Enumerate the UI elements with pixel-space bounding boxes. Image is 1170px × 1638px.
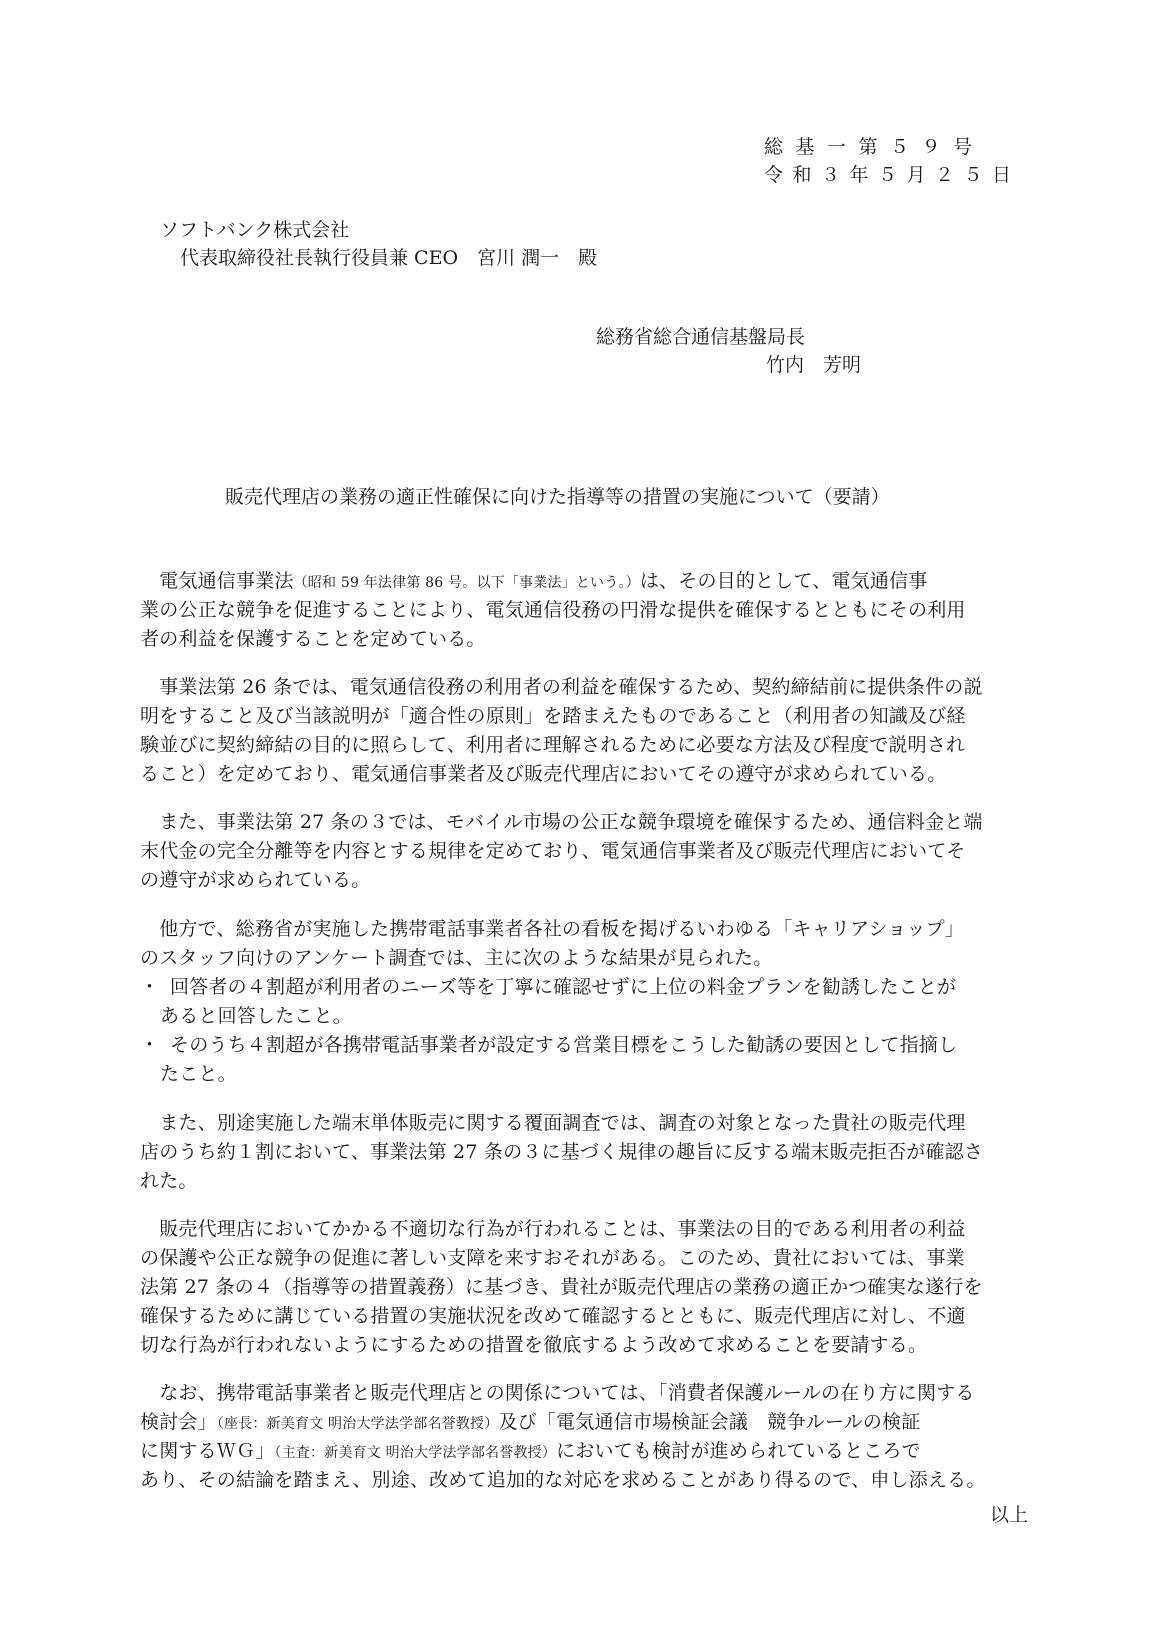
text-span: 及び「電気通信市場検証会議 競争ルールの検証 xyxy=(498,1411,920,1433)
paragraph-line: の遵守が求められている。 xyxy=(140,865,370,892)
paragraph-line: 末代金の完全分離等を内容とする規律を定めており、電気通信事業者及び販売代理店にお… xyxy=(140,836,966,863)
bullet-continuation: あると回答したこと。 xyxy=(160,1001,352,1028)
paragraph-line: なお、携帯電話事業者と販売代理店との関係については、「消費者保護ルールの在り方に… xyxy=(140,1378,975,1405)
paragraph-line: 検討会」（座長：新美育文 明治大学法学部名誉教授）及び「電気通信市場検証会議 競… xyxy=(140,1407,921,1434)
law-citation: （昭和 59 年法律第 86 号。以下「事業法」という。） xyxy=(294,575,640,591)
paragraph-line: また、別途実施した端末単体販売に関する覆面調査では、調査の対象となった貴社の販売… xyxy=(140,1108,966,1135)
sender-name: 竹内 芳明 xyxy=(766,350,861,377)
bullet-continuation: たこと。 xyxy=(160,1059,237,1086)
chair-note: （主査：新美育文 明治大学法学部名誉教授） xyxy=(274,1445,556,1461)
bullet-marker: ・ xyxy=(140,1030,170,1057)
document-date: 令和３年５月２５日 xyxy=(764,160,1021,187)
recipient-company: ソフトバンク株式会社 xyxy=(160,215,349,242)
bullet-marker: ・ xyxy=(140,972,170,999)
paragraph-line: 事業法第 26 条では、電気通信役務の利用者の利益を確保するため、契約締結前に提… xyxy=(140,672,983,699)
paragraph-line: れた。 xyxy=(140,1166,198,1193)
bullet-item: ・そのうち４割超が各携帯電話事業者が設定する営業目標をこうした勧誘の要因として指… xyxy=(140,1030,957,1057)
text-span: 検討会」 xyxy=(140,1411,217,1433)
bullet-item: ・回答者の４割超が利用者のニーズ等を丁寧に確認せずに上位の料金プランを勧誘したこ… xyxy=(140,972,956,999)
paragraph-line: 業の公正な競争を促進することにより、電気通信役務の円滑な提供を確保するとともにそ… xyxy=(140,595,966,622)
text-span: は、その目的として、電気通信事 xyxy=(640,570,928,592)
closing-mark: 以上 xyxy=(990,1500,1028,1527)
bullet-text: 回答者の４割超が利用者のニーズ等を丁寧に確認せずに上位の料金プランを勧誘したこと… xyxy=(170,976,956,998)
document-reference-number: 総基一第５９号 xyxy=(764,132,985,159)
text-span: に関するＷＧ」 xyxy=(140,1440,274,1462)
chair-note: （座長：新美育文 明治大学法学部名誉教授） xyxy=(217,1416,499,1432)
sender-office: 総務省総合通信基盤局長 xyxy=(596,322,805,349)
paragraph-line: に関するＷＧ」（主査：新美育文 明治大学法学部名誉教授）においても検討が進められ… xyxy=(140,1436,921,1463)
paragraph-line: 者の利益を保護することを定めている。 xyxy=(140,624,486,651)
paragraph-line: 電気通信事業法（昭和 59 年法律第 86 号。以下「事業法」という。）は、その… xyxy=(140,566,927,593)
paragraph-line: 販売代理店においてかかる不適切な行為が行われることは、事業法の目的である利用者の… xyxy=(140,1214,966,1241)
paragraph-line: ること）を定めており、電気通信事業者及び販売代理店においてその遵守が求められてい… xyxy=(140,759,946,786)
paragraph-line: 明をすること及び当該説明が「適合性の原則」を踏まえたものであること（利用者の知識… xyxy=(140,701,966,728)
text-span: においても検討が進められているところで xyxy=(556,1440,921,1462)
paragraph-line: また、事業法第 27 条の３では、モバイル市場の公正な競争環境を確保するため、通… xyxy=(140,807,983,834)
letter-page: 総基一第５９号 令和３年５月２５日 ソフトバンク株式会社 代表取締役社長執行役員… xyxy=(0,0,1170,1638)
paragraph-line: のスタッフ向けのアンケート調査では、主に次のような結果が見られた。 xyxy=(140,943,772,970)
paragraph-line: 法第 27 条の４（指導等の措置義務）に基づき、貴社が販売代理店の業務の適正かつ… xyxy=(140,1272,983,1299)
paragraph-line: 確保するために講じている措置の実施状況を改めて確認するとともに、販売代理店に対し… xyxy=(140,1301,966,1328)
paragraph-line: 験並びに契約締結の目的に照らして、利用者に理解されるために必要な方法及び程度で説… xyxy=(140,730,965,757)
paragraph-line: 切な行為が行われないようにするための措置を徹底するよう改めて求めることを要請する… xyxy=(140,1330,927,1357)
document-title: 販売代理店の業務の適正性確保に向けた指導等の措置の実施について（要請） xyxy=(225,482,890,509)
paragraph-line: 店のうち約１割において、事業法第 27 条の３に基づく規律の趣旨に反する端末販売… xyxy=(140,1137,983,1164)
bullet-text: そのうち４割超が各携帯電話事業者が設定する営業目標をこうした勧誘の要因として指摘… xyxy=(170,1034,957,1056)
paragraph-line: あり、その結論を踏まえ、別途、改めて追加的な対応を求めることがあり得るので、申し… xyxy=(140,1465,986,1492)
paragraph-line: 他方で、総務省が実施した携帯電話事業者各社の看板を掲げるいわゆる「キャリアショッ… xyxy=(140,914,964,941)
recipient-person: 代表取締役社長執行役員兼 CEO 宮川 潤一 殿 xyxy=(180,243,597,270)
paragraph-line: の保護や公正な競争の促進に著しい支障を来すおそれがある。このため、貴社においては… xyxy=(140,1243,965,1270)
text-span: 電気通信事業法 xyxy=(140,570,294,592)
